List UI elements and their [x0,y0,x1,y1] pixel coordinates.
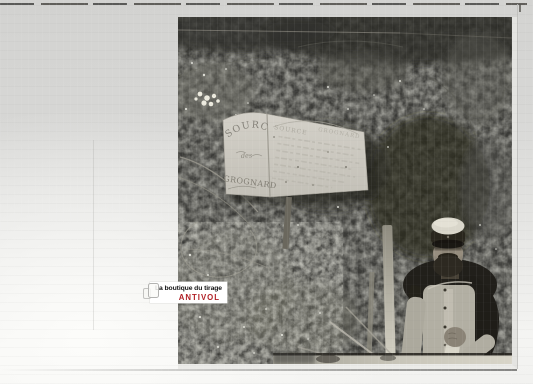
plate-edge-top-line [0,3,527,5]
stacked-frames-icon [145,283,157,299]
sign-middle-word: des [241,151,253,160]
bottom-rail [273,352,512,364]
plate-scratch-line [93,140,94,330]
plate-edge-right-line [517,4,518,369]
frame-front [148,283,159,298]
plate-edge-bottom-line [0,369,517,371]
scanned-glass-plate-photo: SOURCE des GROGNARD SOURCE GROGNARD [0,0,533,384]
beard [433,255,463,277]
kepi-cap [431,218,465,249]
watermark-antitheft-label: ANTIVOL [179,293,220,302]
watermark-shop-name: La boutique du tirage [155,284,222,293]
watermark-badge: La boutique du tirage ANTIVOL [150,282,227,303]
photo-canvas: SOURCE des GROGNARD SOURCE GROGNARD [178,17,512,364]
plate-edge-corner-tick [519,4,521,12]
photograph-soldier-by-sign: SOURCE des GROGNARD SOURCE GROGNARD [178,17,517,369]
fist [444,327,466,347]
